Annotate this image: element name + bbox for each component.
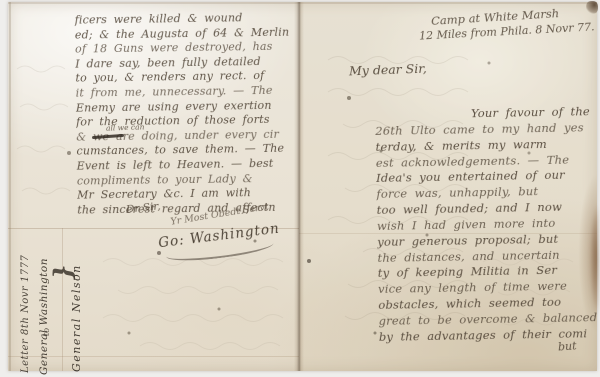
salutation: My dear Sir, <box>349 61 427 79</box>
manuscript-scan: ficers were killed & wounded; & the Augu… <box>0 0 600 377</box>
right-page-text: Your favour of the26th Ulto came to my h… <box>375 104 597 352</box>
docket-to-label: to <box>42 328 51 336</box>
catchword: but <box>558 339 577 353</box>
letter-left-page: ficers were killed & wounded; & the Augu… <box>8 2 299 371</box>
letter-sheet: ficers were killed & wounded; & the Augu… <box>8 2 597 371</box>
left-page-text: ficers were killed & wounded; & the Augu… <box>75 10 304 221</box>
interline-insertion: all we can <box>106 122 145 132</box>
letter-right-page: Camp at White Marsh 12 Miles from Phila.… <box>299 2 597 371</box>
docket-date-line: Letter 8th Novr 1777 <box>20 255 31 373</box>
docket-recipient-line: General Nelson <box>70 264 83 372</box>
